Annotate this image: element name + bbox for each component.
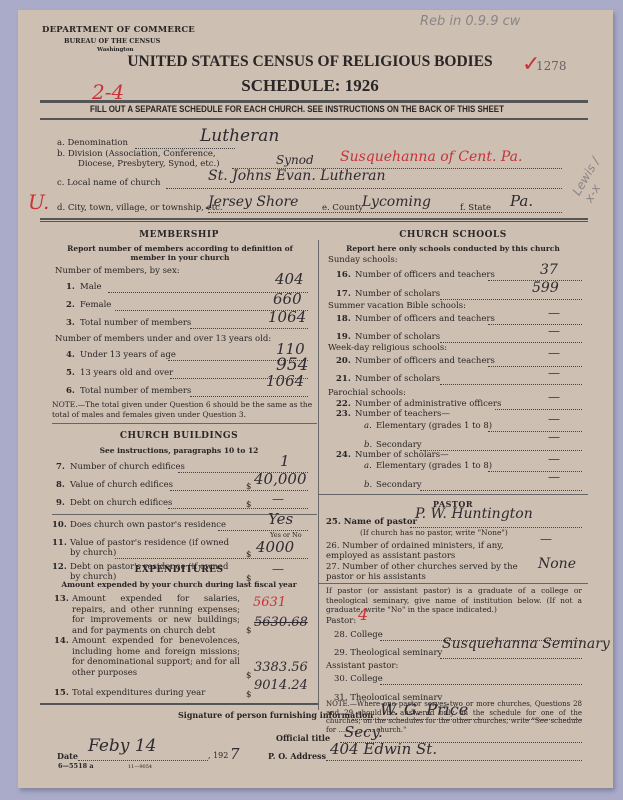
pastor-subheading: Pastor: <box>326 616 356 626</box>
teachers-secondary-label: Secondary <box>376 440 422 450</box>
address-label: P. O. Address <box>268 751 326 761</box>
assistant-ministers-value[interactable]: — <box>540 532 552 546</box>
denomination-value[interactable]: Lutheran <box>200 126 279 146</box>
pastor-name-value[interactable]: P. W. Huntington <box>415 506 533 522</box>
summer-schools-label: Summer vacation Bible schools: <box>328 301 466 311</box>
date-value[interactable]: Feby 14 <box>88 736 156 756</box>
denomination-label: a. Denomination <box>57 138 128 148</box>
church-schools-intro: Report here only schools conducted by th… <box>318 244 588 253</box>
seminary-label: 29. Theological seminary <box>334 648 442 658</box>
weekday-schools-label: Week-day religious schools: <box>328 343 447 353</box>
membership-intro: Report number of members according to de… <box>60 244 300 262</box>
address-value[interactable]: 404 Edwin St. <box>330 740 437 758</box>
sunday-officers-value[interactable]: 37 <box>540 262 558 278</box>
pastor-name-hint: (If church has no pastor, write "None") <box>360 528 508 537</box>
pencil-annotation-top: Reb in 0.9.9 cw <box>420 14 520 29</box>
teachers-secondary-value[interactable]: — <box>548 430 560 444</box>
local-name-label: c. Local name of church <box>57 178 160 188</box>
under-13-label: Under 13 years of age <box>80 350 176 360</box>
division-label: b. Division (Association, Conference, <box>57 149 216 159</box>
edifice-debt-value[interactable]: — <box>272 492 284 506</box>
benevolences-value[interactable]: 3383.56 <box>254 660 308 675</box>
header-rule <box>40 100 588 103</box>
running-expenses-label: Amount expended for salaries, repairs, a… <box>72 594 240 636</box>
church-edifices-value[interactable]: 1 <box>280 452 290 470</box>
year-value[interactable]: 7 <box>230 745 240 763</box>
owns-residence-value[interactable]: Yes <box>268 510 293 528</box>
female-value[interactable]: 660 <box>273 290 302 308</box>
division-label-2: Diocese, Presbytery, Synod, etc.) <box>78 159 220 169</box>
department-heading: DEPARTMENT OF COMMERCE <box>42 25 195 35</box>
admin-officers-value[interactable]: — <box>548 390 560 404</box>
assistant-college-label: 30. College <box>334 674 383 684</box>
city-value[interactable]: Jersey Shore <box>208 194 298 210</box>
weekday-officers-value[interactable]: — <box>548 346 560 360</box>
red-pastor-mark: 4 <box>358 605 368 624</box>
membership-note: NOTE.—The total given under Question 6 s… <box>52 400 314 419</box>
seminary-value[interactable]: Susquehanna Seminary <box>442 636 610 652</box>
form-code: 6—5518 a <box>58 762 94 770</box>
total-members-label: Total number of members <box>80 318 191 328</box>
total-members-2-value[interactable]: 1064 <box>266 372 304 390</box>
other-churches-value[interactable]: None <box>538 556 576 572</box>
scholars-label: Number of scholars— <box>355 450 449 460</box>
total-members-2-label: Total number of members <box>80 386 191 396</box>
county-value[interactable]: Lycoming <box>362 194 431 210</box>
owns-residence-label: Does church own pastor's residence <box>70 520 226 530</box>
expenditures-subheading: Amount expended by your church during la… <box>40 580 318 589</box>
city-label: d. City, town, village, or township, etc… <box>57 203 223 213</box>
header-rule-2 <box>40 118 588 120</box>
benevolences-label: Amount expended for benevolences, includ… <box>72 636 240 678</box>
official-title-value[interactable]: Secy. <box>344 723 383 741</box>
bureau-heading: BUREAU OF THE CENSUS <box>64 37 160 45</box>
female-label: Female <box>80 300 111 310</box>
weekday-scholars-value[interactable]: — <box>548 366 560 380</box>
college-label: 28. College <box>334 630 383 640</box>
date-label: Date <box>57 751 78 761</box>
column-divider <box>318 240 319 710</box>
scholars-elementary-value[interactable]: — <box>548 452 560 466</box>
document-title: UNITED STATES CENSUS OF RELIGIOUS BODIES <box>100 53 520 71</box>
signature-label: Signature of person furnishing informati… <box>178 710 373 720</box>
total-expenditures-value[interactable]: 9014.24 <box>254 678 308 693</box>
teachers-label: Number of teachers— <box>355 409 450 419</box>
assistant-ministers-label: 26. Number of ordained ministers, if any… <box>326 541 522 561</box>
teachers-elementary-value[interactable]: — <box>548 412 560 426</box>
division-value[interactable]: Synod <box>276 153 314 167</box>
members-by-age-label: Number of members under and over 13 year… <box>55 334 271 344</box>
summer-scholars-value[interactable]: — <box>548 324 560 338</box>
schedule-year: SCHEDULE: 1926 <box>100 76 520 96</box>
male-value[interactable]: 404 <box>275 270 304 288</box>
sunday-scholars-label: Number of scholars <box>355 289 440 299</box>
membership-heading: MEMBERSHIP <box>40 230 318 240</box>
running-expenses-correction[interactable]: 5631 <box>253 595 286 610</box>
members-by-sex-label: Number of members, by sex: <box>55 266 180 276</box>
scholars-elementary-label: Elementary (grades 1 to 8) <box>376 461 492 471</box>
other-churches-label: 27. Number of other churches served by t… <box>326 562 522 582</box>
official-title-label: Official title <box>276 733 330 743</box>
scholars-secondary-value[interactable]: — <box>548 470 560 484</box>
summer-officers-value[interactable]: — <box>548 306 560 320</box>
sunday-schools-label: Sunday schools: <box>328 255 398 265</box>
summer-officers-label: Number of officers and teachers <box>355 314 495 324</box>
parochial-schools-label: Parochial schools: <box>328 388 406 398</box>
weekday-officers-label: Number of officers and teachers <box>355 356 495 366</box>
total-expenditures-label: Total expenditures during year <box>72 688 205 698</box>
red-check-mark: ✓ <box>522 52 540 77</box>
division-value-red[interactable]: Susquehanna of Cent. Pa. <box>340 149 522 165</box>
residence-value[interactable]: 4000 <box>256 538 294 556</box>
section-rule <box>40 218 588 220</box>
total-members-value[interactable]: 1064 <box>268 308 306 326</box>
church-schools-heading: CHURCH SCHOOLS <box>318 230 588 240</box>
signature-value[interactable]: W. G. Price <box>380 700 468 719</box>
assistant-pastor-subheading: Assistant pastor: <box>326 661 398 671</box>
weekday-scholars-label: Number of scholars <box>355 374 440 384</box>
admin-officers-label: Number of administrative officers <box>355 399 501 409</box>
male-label: Male <box>80 282 102 292</box>
scholars-secondary-label: Secondary <box>376 480 422 490</box>
pastor-name-label: 25. Name of pastor <box>326 517 417 527</box>
church-edifices-label: Number of church edifices <box>70 462 185 472</box>
form-number: 1278 <box>536 59 567 73</box>
red-annotation-u: U. <box>28 190 49 214</box>
residence-value-label: Value of pastor's residence (if owned by… <box>70 538 240 558</box>
church-buildings-subheading: See instructions, paragraphs 10 to 12 <box>40 446 318 455</box>
print-code: 11—9054 <box>128 764 152 770</box>
state-value[interactable]: Pa. <box>510 192 533 210</box>
summer-scholars-label: Number of scholars <box>355 332 440 342</box>
sunday-officers-label: Number of officers and teachers <box>355 270 495 280</box>
instruction-banner: FILL OUT A SEPARATE SCHEDULE FOR EACH CH… <box>90 104 504 114</box>
running-expenses-value[interactable]: 5630.68 <box>254 615 308 630</box>
edifice-debt-label: Debt on church edifices <box>70 498 172 508</box>
local-name-value[interactable]: St. Johns Evan. Lutheran <box>208 168 386 184</box>
edifice-value[interactable]: 40,000 <box>254 470 307 488</box>
sunday-scholars-value[interactable]: 599 <box>532 280 559 296</box>
teachers-elementary-label: Elementary (grades 1 to 8) <box>376 421 492 431</box>
expenditures-heading: EXPENDITURES <box>40 565 318 575</box>
edifice-value-label: Value of church edifices <box>70 480 173 490</box>
church-buildings-heading: CHURCH BUILDINGS <box>40 431 318 441</box>
over-13-label: 13 years old and over <box>80 368 173 378</box>
year-prefix: , 192 <box>208 751 228 760</box>
